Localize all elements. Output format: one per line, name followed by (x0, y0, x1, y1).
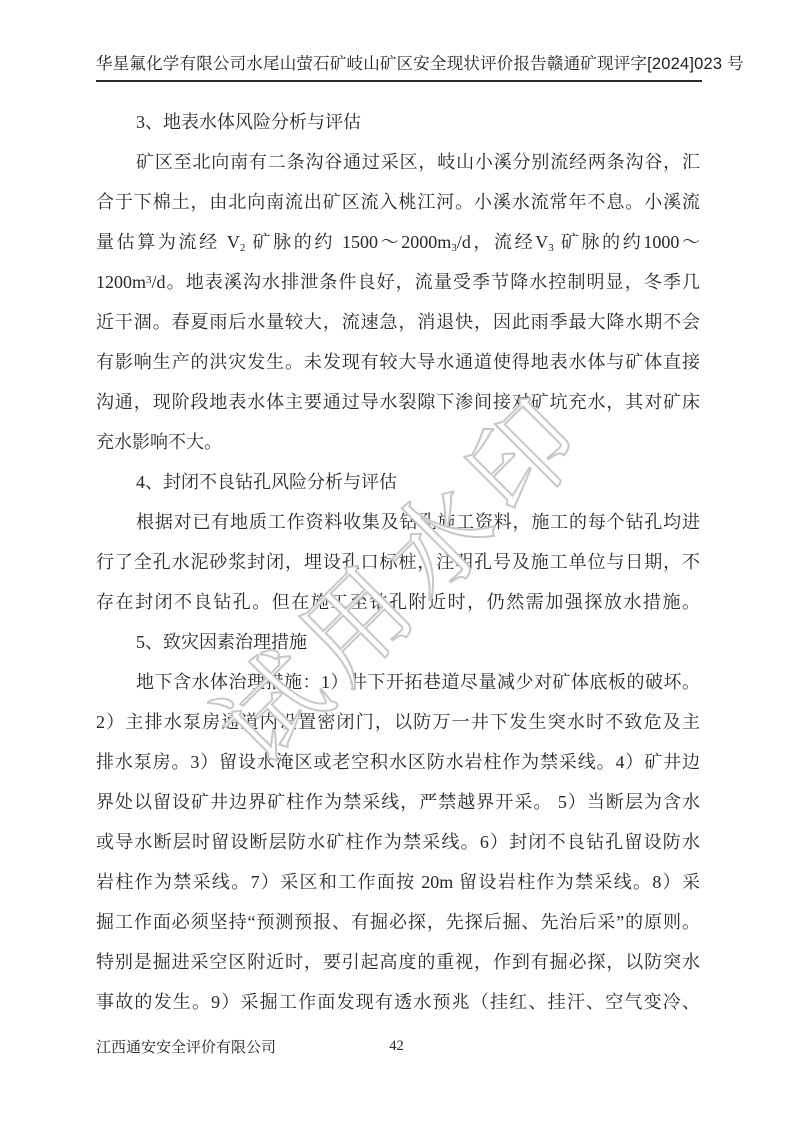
text-line: 掘工作面必须坚持“预测预报、有掘必探，先探后掘、先治后采”的原则。 (96, 902, 700, 942)
text-line: 根据对已有地质工作资料收集及钻孔施工资料，施工的每个钻孔均进 (96, 502, 700, 542)
text-line: 充水影响不大。 (96, 422, 700, 462)
page-header: 华星氟化学有限公司水尾山萤石矿岐山矿区安全现状评价报告 赣通矿现评字[2024]… (96, 50, 702, 82)
text-line: 4、封闭不良钻孔风险分析与评估 (96, 462, 700, 502)
text-line: 岩柱作为禁采线。7）采区和工作面按 20m 留设岩柱作为禁采线。8）采 (96, 862, 700, 902)
page-number: 42 (0, 1038, 793, 1055)
text-line: 沟通，现阶段地表水体主要通过导水裂隙下渗间接对矿坑充水，其对矿床 (96, 382, 700, 422)
text-line: 矿区至北向南有二条沟谷通过采区，岐山小溪分别流经两条沟谷，汇 (96, 142, 700, 182)
text-line: 地下含水体治理措施：1）井下开拓巷道尽量减少对矿体底板的破坏。 (96, 662, 700, 702)
text-line: 行了全孔水泥砂浆封闭，埋设孔口标桩，注明孔号及施工单位与日期，不 (96, 542, 700, 582)
text-line: 近干涸。春夏雨后水量较大，流速急，消退快，因此雨季最大降水期不会 (96, 302, 700, 342)
document-page: 华星氟化学有限公司水尾山萤石矿岐山矿区安全现状评价报告 赣通矿现评字[2024]… (0, 0, 793, 1122)
text-line: 有影响生产的洪灾发生。未发现有较大导水通道使得地表水体与矿体直接 (96, 342, 700, 382)
text-line: 特别是掘进采空区附近时，要引起高度的重视，作到有掘必探，以防突水 (96, 942, 700, 982)
text-line: 1200m3/d。地表溪沟水排泄条件良好，流量受季节降水控制明显，冬季几 (96, 262, 700, 302)
text-line: 排水泵房。3）留设水淹区或老空积水区防水岩柱作为禁采线。4）矿井边 (96, 742, 700, 782)
text-line: 2）主排水泵房通道内设置密闭门，以防万一井下发生突水时不致危及主 (96, 702, 700, 742)
header-document-number: 赣通矿现评字[2024]023 号 (547, 50, 744, 74)
text-line: 界处以留设矿井边界矿柱作为禁采线，严禁越界开采。 5）当断层为含水 (96, 782, 700, 822)
text-line: 存在封闭不良钻孔。但在施工至钻孔附近时，仍然需加强探放水措施。 (96, 582, 700, 622)
header-report-title: 华星氟化学有限公司水尾山萤石矿岐山矿区安全现状评价报告 (96, 50, 547, 74)
text-line: 或导水断层时留设断层防水矿柱作为禁采线。6）封闭不良钻孔留设防水 (96, 822, 700, 862)
text-line: 5、致灾因素治理措施 (96, 622, 700, 662)
text-line: 合于下棉土，由北向南流出矿区流入桃江河。小溪水流常年不息。小溪流 (96, 182, 700, 222)
text-line: 量估算为流经 V2 矿脉的约 1500～2000m3/d，流经V3 矿脉的约10… (96, 222, 700, 262)
text-line: 3、地表水体风险分析与评估 (96, 102, 700, 142)
text-line: 事故的发生。9）采掘工作面发现有透水预兆（挂红、挂汗、空气变冷、 (96, 982, 700, 1022)
document-body: 3、地表水体风险分析与评估矿区至北向南有二条沟谷通过采区，岐山小溪分别流经两条沟… (96, 102, 700, 1022)
